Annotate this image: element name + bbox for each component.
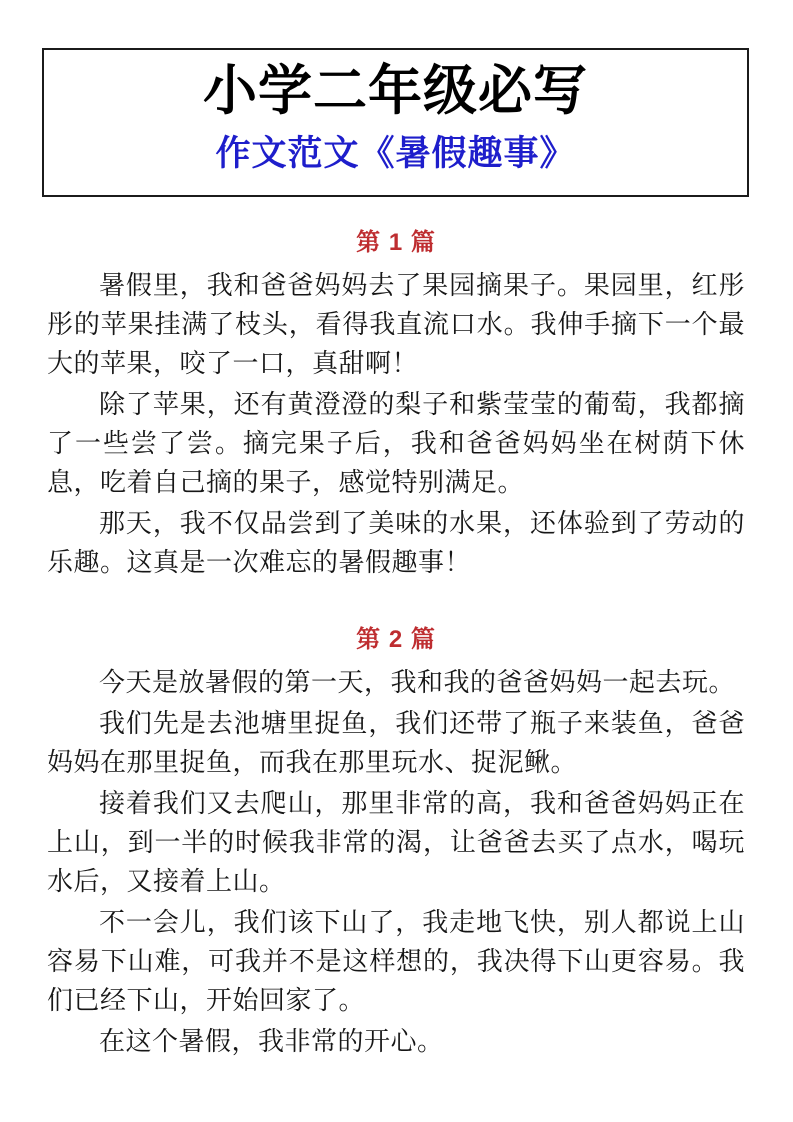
essay-1-paragraph-3: 那天，我不仅品尝到了美味的水果，还体验到了劳动的乐趣。这真是一次难忘的暑假趣事！ (47, 504, 745, 582)
essay-2-paragraph-1: 今天是放暑假的第一天，我和我的爸爸妈妈一起去玩。 (47, 663, 745, 702)
essay-1-paragraph-1: 暑假里，我和爸爸妈妈去了果园摘果子。果园里，红彤彤的苹果挂满了枝头，看得我直流口… (47, 266, 745, 383)
essay-2-paragraph-2: 我们先是去池塘里捉鱼，我们还带了瓶子来装鱼，爸爸妈妈在那里捉鱼，而我在那里玩水、… (47, 704, 745, 782)
essay-2-paragraph-4: 不一会儿，我们该下山了，我走地飞快，别人都说上山容易下山难，可我并不是这样想的，… (47, 903, 745, 1020)
section-1-heading: 第 1 篇 (47, 223, 745, 263)
page-subtitle: 作文范文《暑假趣事》 (44, 134, 747, 174)
page-title: 小学二年级必写 (44, 60, 747, 122)
document-page: 小学二年级必写 作文范文《暑假趣事》 第 1 篇 暑假里，我和爸爸妈妈去了果园摘… (0, 0, 793, 1122)
essay-1-paragraph-2: 除了苹果，还有黄澄澄的梨子和紫莹莹的葡萄，我都摘了一些尝了尝。摘完果子后，我和爸… (47, 385, 745, 502)
essay-section-2: 第 2 篇 今天是放暑假的第一天，我和我的爸爸妈妈一起去玩。 我们先是去池塘里捉… (47, 620, 745, 1061)
section-2-heading: 第 2 篇 (47, 620, 745, 660)
essay-section-1: 第 1 篇 暑假里，我和爸爸妈妈去了果园摘果子。果园里，红彤彤的苹果挂满了枝头，… (47, 223, 745, 582)
title-box: 小学二年级必写 作文范文《暑假趣事》 (42, 48, 749, 197)
essay-2-paragraph-5: 在这个暑假，我非常的开心。 (47, 1022, 745, 1061)
essay-2-paragraph-3: 接着我们又去爬山，那里非常的高，我和爸爸妈妈正在上山，到一半的时候我非常的渴，让… (47, 784, 745, 901)
